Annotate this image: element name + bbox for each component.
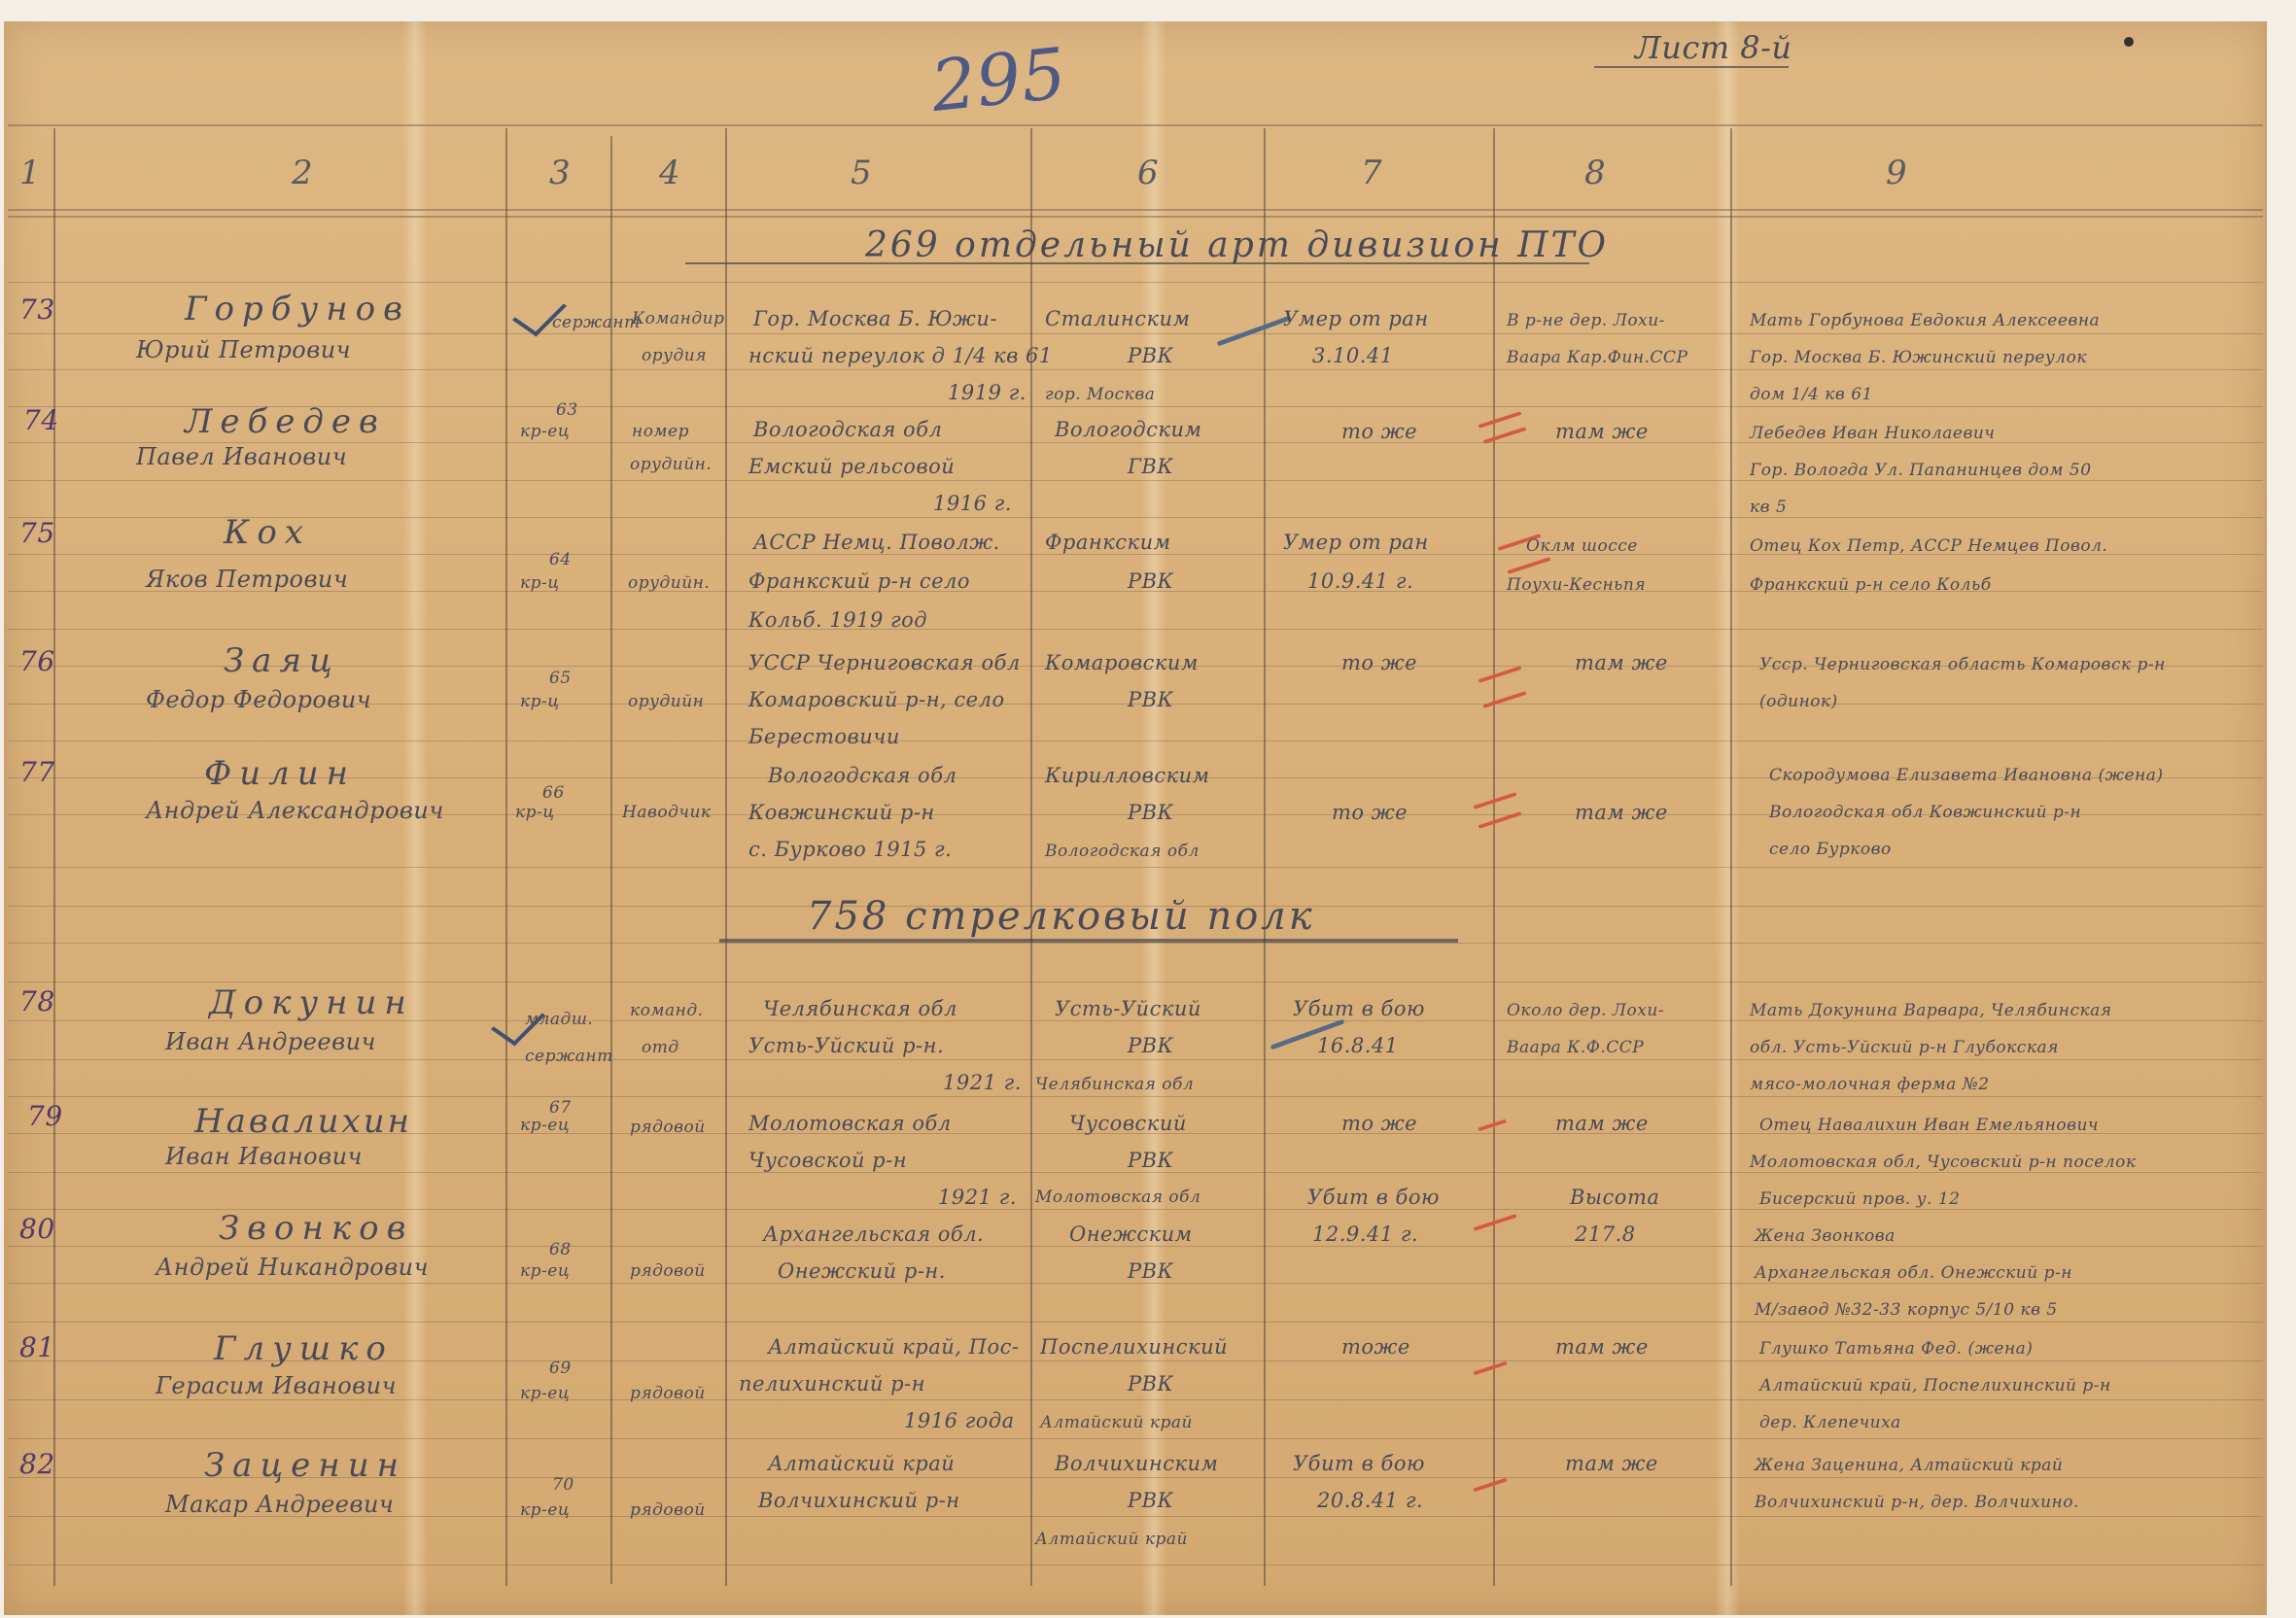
relatives: Скородумова Елизавета Ивановна (жена) [1769, 766, 2164, 785]
rvk: РВК [1128, 569, 1173, 593]
rvk: Поспелихинский [1040, 1335, 1228, 1359]
rank-number: 67 [549, 1098, 572, 1118]
rank: кр-ц [520, 573, 560, 593]
birth-year: 1916 г. [933, 492, 1012, 515]
fate-date: 10.9.41 г. [1307, 569, 1413, 593]
surname: Кох [224, 513, 311, 552]
position: Командир [632, 309, 724, 328]
given-name: Макар Андреевич [165, 1491, 394, 1518]
rank-number: 63 [556, 400, 578, 420]
birth-year: 1921 г. [943, 1071, 1022, 1094]
column-number: 6 [1137, 154, 1159, 192]
rvk: Франкским [1045, 531, 1171, 554]
record-number: 79 [27, 1100, 63, 1132]
record-number: 74 [23, 404, 59, 436]
relatives: Мать Горбунова Евдокия Алексеевна [1750, 311, 2100, 330]
relatives: Отец Навалихин Иван Емельянович [1759, 1116, 2099, 1135]
record-number: 80 [19, 1213, 55, 1245]
rank: сержант [552, 313, 641, 332]
position: номер [632, 422, 689, 441]
surname: Филин [204, 754, 356, 793]
birthplace: Франкский р-н село [748, 569, 970, 593]
relatives: Алтайский край, Поспелихинский р-н [1759, 1376, 2111, 1395]
rvk: Алтайский край [1035, 1530, 1188, 1549]
position: орудийн [628, 692, 704, 711]
column-number: 9 [1886, 154, 1907, 192]
birthplace: Алтайский край [768, 1452, 955, 1475]
birthplace: Вологодская обл [753, 418, 942, 441]
relatives: М/завод №32-33 корпус 5/10 кв 5 [1755, 1300, 2058, 1320]
rvk: РВК [1128, 801, 1173, 824]
record-number: 81 [19, 1331, 55, 1363]
rvk: Молотовская обл [1035, 1188, 1200, 1207]
fate-date: 12.9.41 г. [1312, 1222, 1418, 1246]
relatives: Отец Кох Петр, АССР Немцев Повол. [1750, 536, 2107, 556]
relatives: мясо-молочная ферма №2 [1750, 1075, 1990, 1094]
position: отд [642, 1038, 679, 1057]
section-underline [685, 262, 1589, 264]
birthplace: Комаровский р-н, село [748, 688, 1005, 711]
fate: Убит в бою [1293, 1452, 1425, 1475]
column-number: 4 [659, 154, 680, 192]
birthplace: нский переулок д 1/4 кв 61 [748, 344, 1053, 367]
ink-dot [2124, 37, 2134, 47]
page-number: 295 [927, 32, 1070, 127]
rank: кр-ц [515, 803, 555, 822]
burial-place: Ваара К.Ф.ССР [1507, 1038, 1644, 1057]
relatives: Франкский р-н село Кольб [1750, 575, 1992, 595]
birthplace: Усть-Уйский р-н. [748, 1034, 944, 1057]
relatives: кв 5 [1750, 498, 1787, 517]
fate-date: 20.8.41 г. [1317, 1489, 1423, 1512]
rank: кр-ец [520, 1261, 570, 1281]
column-number: 5 [851, 154, 872, 192]
fate: Убит в бою [1293, 997, 1425, 1020]
relatives: дом 1/4 кв 61 [1750, 385, 1873, 404]
record-number: 77 [19, 756, 55, 788]
burial-place: Поухи-Кесньпя [1507, 575, 1646, 595]
fate: Убит в бою [1307, 1186, 1440, 1209]
birthplace: Чусовской р-н [748, 1149, 907, 1172]
surname: Заяц [224, 641, 340, 680]
fate: то же [1332, 801, 1408, 824]
rvk: Комаровским [1045, 651, 1199, 674]
relatives: обл. Усть-Уйский р-н Глубокская [1750, 1038, 2059, 1057]
fate: Умер от ран [1283, 307, 1429, 330]
position: рядовой [630, 1118, 706, 1137]
birthplace: Алтайский край, Пос- [768, 1335, 1019, 1359]
birthplace: УССР Черниговская обл [748, 651, 1021, 674]
rank-number: 64 [549, 550, 572, 569]
rank-number: 66 [542, 783, 565, 803]
burial-place: В р-не дер. Лохи- [1507, 311, 1665, 330]
record-number: 76 [19, 645, 55, 677]
burial-place: там же [1555, 1112, 1649, 1135]
rvk: ГВК [1128, 455, 1173, 478]
given-name: Иван Андреевич [165, 1028, 376, 1055]
given-name: Юрий Петрович [136, 336, 351, 363]
rvk: Чусовский [1069, 1112, 1187, 1135]
column-number: 2 [292, 154, 313, 192]
given-name: Яков Петрович [146, 566, 348, 593]
burial-place: там же [1575, 651, 1668, 674]
position: рядовой [630, 1500, 706, 1520]
relatives: Глушко Татьяна Фед. (жена) [1759, 1339, 2033, 1359]
rvk: Вологодским [1055, 418, 1201, 441]
birth-year: 1921 г. [938, 1186, 1017, 1209]
birth-year: 1916 года [904, 1409, 1015, 1432]
relatives: Мать Докунина Варвара, Челябинская [1750, 1001, 2112, 1020]
surname: Звонков [219, 1209, 413, 1248]
relatives: Молотовская обл, Чусовский р-н поселок [1750, 1153, 2137, 1172]
rvk: гор. Москва [1045, 385, 1155, 404]
rank: кр-ец [520, 1384, 570, 1403]
surname: Заценин [204, 1446, 406, 1485]
fate: тоже [1341, 1335, 1410, 1359]
rvk: Волчихинским [1055, 1452, 1218, 1475]
birthplace: Кольб. 1919 год [748, 608, 927, 632]
rvk: РВК [1128, 1372, 1173, 1395]
rvk: Вологодская обл [1045, 842, 1200, 861]
birthplace: Архангельская обл. [763, 1222, 984, 1246]
rvk: РВК [1128, 1259, 1173, 1283]
surname: Горбунов [185, 290, 410, 328]
relatives: Вологодская обл Ковжинский р-н [1769, 803, 2081, 822]
rvk: РВК [1128, 1034, 1173, 1057]
relatives: Архангельская обл. Онежский р-н [1755, 1263, 2072, 1283]
birthplace: Вологодская обл [768, 764, 957, 787]
given-name: Андрей Александрович [146, 797, 444, 824]
burial-place: там же [1575, 801, 1668, 824]
rvk: Челябинская обл [1035, 1075, 1194, 1094]
fate-date: 16.8.41 [1317, 1034, 1399, 1057]
birthplace: пелихинский р-н [739, 1372, 925, 1395]
sheet-label-underline [1594, 66, 1789, 68]
birthplace: с. Бурково 1915 г. [748, 838, 952, 861]
relatives: Лебедев Иван Николаевич [1750, 424, 1995, 443]
birth-year: 1919 г. [948, 381, 1026, 404]
column-number: 8 [1584, 154, 1606, 192]
rank: кр-ц [520, 692, 560, 711]
given-name: Иван Иванович [165, 1143, 363, 1170]
burial-place: там же [1555, 1335, 1649, 1359]
rvk: Кирилловским [1045, 764, 1210, 787]
rvk: РВК [1128, 1149, 1173, 1172]
rank: кр-ец [520, 422, 570, 441]
given-name: Федор Федорович [146, 686, 371, 713]
burial-place: там же [1555, 420, 1649, 443]
position: рядовой [630, 1384, 706, 1403]
given-name: Герасим Иванович [156, 1372, 397, 1399]
rank-number: 69 [549, 1359, 572, 1378]
sheet-label: Лист 8-й [1635, 29, 1792, 66]
position: орудийн. [628, 573, 710, 593]
paper-fold [1715, 21, 1740, 1615]
burial-place: Оклм шоссе [1526, 536, 1638, 556]
birthplace: Волчихинский р-н [758, 1489, 960, 1512]
rvk: Онежским [1069, 1222, 1193, 1246]
surname: Навалихин [194, 1102, 412, 1141]
relatives: село Бурково [1769, 840, 1892, 859]
fate: то же [1341, 651, 1417, 674]
position: орудия [642, 346, 707, 365]
relatives: Гор. Вологда Ул. Папанинцев дом 50 [1750, 461, 2092, 480]
rank-number: 65 [549, 669, 572, 688]
record-number: 73 [19, 293, 55, 326]
birthplace: АССР Немц. Поволж. [753, 531, 1000, 554]
surname: Глушко [214, 1329, 394, 1368]
rvk: РВК [1128, 688, 1173, 711]
fate: то же [1341, 420, 1417, 443]
position: Наводчик [622, 803, 712, 822]
rank-number: 70 [552, 1475, 574, 1495]
relatives: Жена Заценина, Алтайский край [1755, 1456, 2063, 1475]
fate: то же [1341, 1112, 1417, 1135]
given-name: Павел Иванович [136, 443, 347, 470]
burial-place: Ваара Кар.Фин.ССР [1507, 348, 1687, 367]
section-title: 269 отдельный арт дивизион ПТО [865, 225, 1609, 265]
given-name: Андрей Никандрович [156, 1254, 429, 1281]
column-number: 1 [19, 154, 41, 192]
record-number: 78 [19, 985, 55, 1017]
rvk: РВК [1128, 344, 1173, 367]
birthplace: Берестовичи [748, 725, 900, 748]
birthplace: Молотовская обл [748, 1112, 952, 1135]
fate-date: 3.10.41 [1312, 344, 1394, 367]
birthplace: Челябинская обл [763, 997, 957, 1020]
position: рядовой [630, 1261, 706, 1281]
burial-place: Около дер. Лохи- [1507, 1001, 1664, 1020]
burial-place: 217.8 [1575, 1222, 1636, 1246]
relatives: Волчихинский р-н, дер. Волчихино. [1755, 1493, 2079, 1512]
rank-number: 68 [549, 1240, 572, 1259]
rvk: Алтайский край [1040, 1413, 1193, 1432]
burial-place: Высота [1570, 1186, 1659, 1209]
relatives: Бисерский пров. у. 12 [1759, 1189, 1960, 1209]
surname: Лебедев [185, 402, 386, 441]
birthplace: Гор. Москва Б. Южи- [753, 307, 997, 330]
birthplace: Ковжинский р-н [748, 801, 935, 824]
rank: младш. сержант [525, 1001, 603, 1075]
rvk: Усть-Уйский [1055, 997, 1201, 1020]
column-number: 7 [1361, 154, 1382, 192]
record-number: 82 [19, 1448, 55, 1480]
relatives: Усср. Черниговская область Комаровск р-н [1759, 655, 2166, 674]
rvk: Сталинским [1045, 307, 1190, 330]
position: орудийн. [630, 455, 712, 474]
column-number: 3 [549, 154, 571, 192]
burial-place: там же [1565, 1452, 1658, 1475]
rank: кр-ец [520, 1500, 570, 1520]
birthplace: Емский рельсовой [748, 455, 955, 478]
birthplace: Онежский р-н. [778, 1259, 946, 1283]
fate: Умер от ран [1283, 531, 1429, 554]
relatives: Жена Звонкова [1755, 1226, 1896, 1246]
surname: Докунин [209, 983, 414, 1022]
section-title: 758 стрелковый полк [807, 894, 1315, 939]
relatives: дер. Клепечиха [1759, 1413, 1901, 1432]
relatives: (одинок) [1759, 692, 1838, 711]
record-number: 75 [19, 517, 55, 549]
relatives: Гор. Москва Б. Южинский переулок [1750, 348, 2087, 367]
section-underline [719, 939, 1458, 943]
rank: кр-ец [520, 1116, 570, 1135]
position: команд. [630, 1001, 704, 1020]
rvk: РВК [1128, 1489, 1173, 1512]
